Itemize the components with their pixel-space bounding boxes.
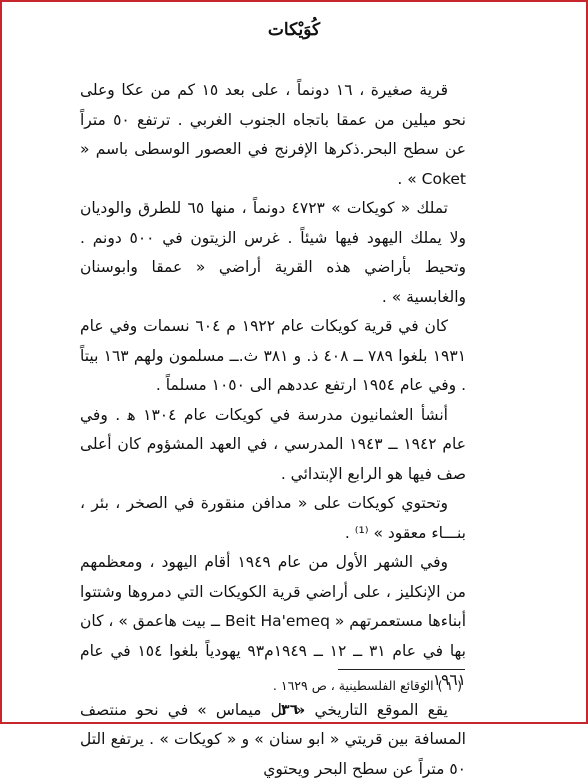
paragraph-settlement: وفي الشهر الأول من عام ١٩٤٩ أقام اليهود … — [80, 548, 466, 696]
paragraph-population: كان في قرية كويكات عام ١٩٢٢ م ٦٠٤ نسمات … — [80, 312, 466, 401]
body-text: قرية صغيرة ، ١٦ دونماً ، على بعد ١٥ كم م… — [80, 76, 466, 724]
page-title: كُوَيْكات — [2, 20, 586, 40]
paragraph-antiquities: وتحتوي كويكات على « مدافن منقورة في الصخ… — [80, 489, 466, 548]
book-page: كُوَيْكات قرية صغيرة ، ١٦ دونماً ، على ب… — [0, 0, 588, 724]
footnote-divider — [338, 669, 465, 670]
paragraph-village-description: قرية صغيرة ، ١٦ دونماً ، على بعد ١٥ كم م… — [80, 76, 466, 194]
paragraph-land-ownership: تملك « كويكات » ٤٧٢٣ دونماً ، منها ٦٥ لل… — [80, 194, 466, 312]
footnote: ( ١ ) الوقائع الفلسطينية ، ص ١٦٢٩ . — [273, 678, 462, 693]
page-number: ٣٦٠ — [2, 702, 586, 718]
paragraph-school: أنشأ العثمانيون مدرسة في كويكات عام ١٣٠٤… — [80, 401, 466, 490]
